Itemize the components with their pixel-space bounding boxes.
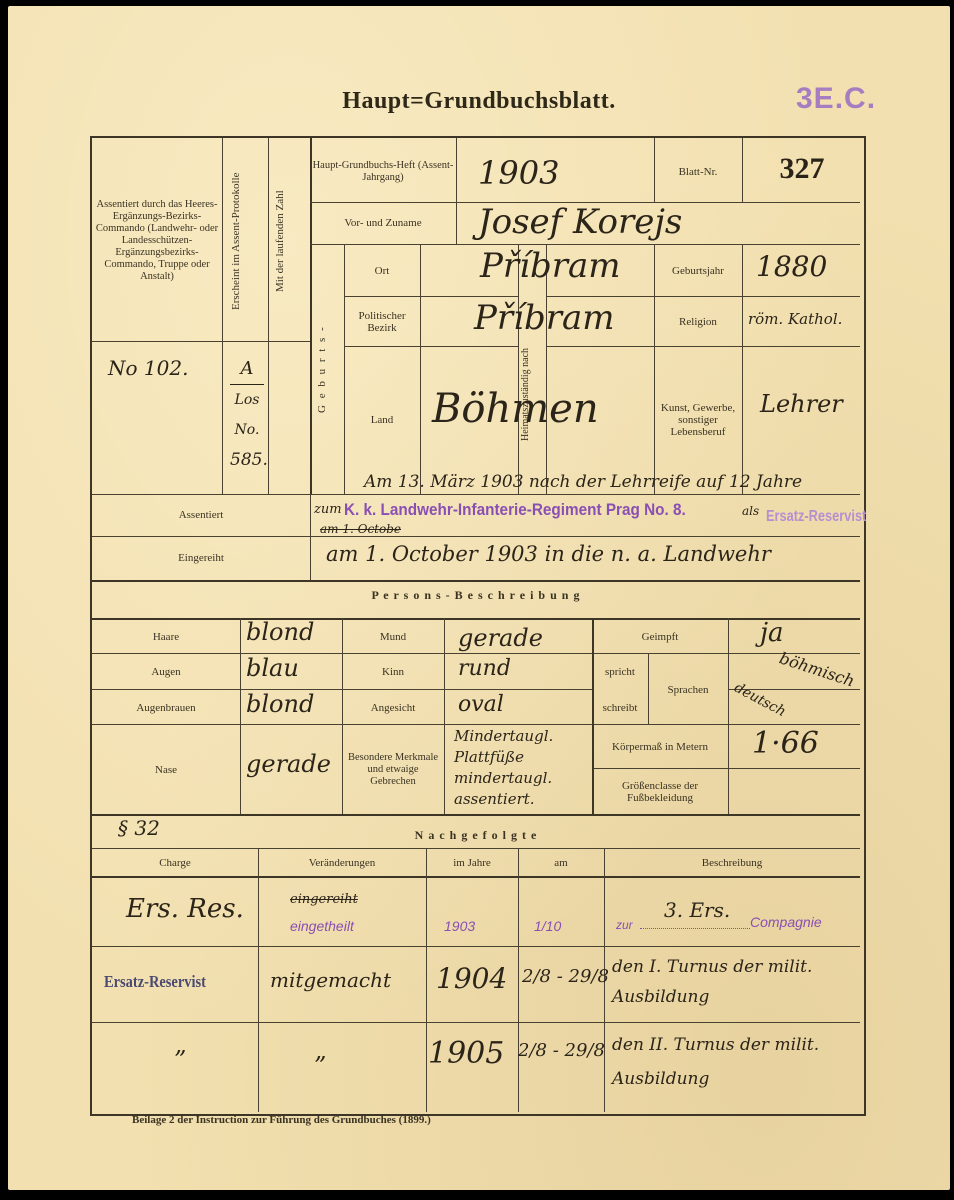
assentiert-label: Assentiert	[94, 496, 308, 534]
row1-veraenderung: eingetheilt	[290, 918, 354, 934]
geburtsjahr-value: 1880	[756, 250, 827, 283]
row1-beschreibung: 3. Ers.	[664, 898, 730, 922]
col-jahr: im Jahre	[428, 850, 516, 876]
row1-prefix: zur	[616, 918, 633, 932]
augen-label: Augen	[94, 655, 238, 689]
row3-charge: ”	[174, 1046, 186, 1074]
protokoll-value: A Los No. 585.	[230, 354, 264, 475]
blatt-number: 327	[744, 152, 860, 186]
row1-am: 1/10	[534, 918, 561, 934]
struck-date: am 1. Octobe	[320, 522, 401, 536]
assentiert-durch-label: Assentiert durch das Heeres-Ergänzungs-B…	[94, 146, 220, 336]
assent-number: No 102.	[108, 356, 188, 380]
schreibt-label: schreibt	[594, 691, 646, 724]
row3-veraenderung: ”	[314, 1052, 326, 1080]
nase-value: gerade	[246, 750, 331, 778]
footer-note: Beilage 2 der Instruction zur Führung de…	[132, 1114, 431, 1126]
religion-label: Religion	[656, 298, 740, 346]
name-label: Vor- und Zuname	[312, 204, 454, 242]
row3-beschreibung: den II. Turnus der milit. Ausbildung	[612, 1028, 852, 1096]
row2-veraenderung: mitgemacht	[270, 968, 391, 992]
name-value: Josef Korejs	[478, 202, 682, 242]
geburts-label: G e b u r t s -	[316, 246, 342, 492]
protokoll-label: Erscheint im Assent-Protokolle	[230, 146, 260, 336]
geimpft-value: ja	[760, 618, 784, 648]
geimpft-label: Geimpft	[594, 620, 726, 653]
blatt-label: Blatt-Nr.	[656, 144, 740, 200]
heft-value: 1903	[478, 154, 559, 192]
row3-am: 2/8 - 29/8	[518, 1040, 605, 1061]
augenbrauen-label: Augenbrauen	[94, 691, 238, 724]
land-label: Land	[346, 348, 418, 492]
assentiert-line1: Am 13. März 1903 nach der Lehrreife auf …	[364, 472, 802, 492]
augenbrauen-value: blond	[246, 690, 314, 718]
geburtsjahr-label: Geburtsjahr	[656, 246, 740, 296]
haare-label: Haare	[94, 620, 238, 653]
row1-veraenderung-struck: eingereiht	[290, 892, 358, 907]
fussbekleidung-label: Größenclasse der Fußbekleidung	[594, 770, 726, 814]
col-am: am	[520, 850, 602, 876]
land-value: Böhmen	[432, 386, 599, 432]
eingereiht-value: am 1. October 1903 in die n. a. Landwehr	[326, 542, 771, 566]
row1-charge: Ers. Res.	[126, 894, 244, 924]
sprachen-label: Sprachen	[650, 655, 726, 724]
als-text: als	[742, 504, 759, 518]
ort-label: Ort	[346, 246, 418, 296]
koerpermass-value: 1·66	[752, 726, 819, 761]
nachgefolgte-title: N a c h g e f o l g t e	[92, 828, 860, 843]
angesicht-value: oval	[458, 692, 504, 717]
document-page: Haupt=Grundbuchsblatt. 3E.C. Assentiert …	[8, 6, 950, 1190]
row2-beschreibung: den I. Turnus der milit. Ausbildung	[612, 952, 852, 1012]
augen-value: blau	[246, 654, 299, 682]
nase-label: Nase	[94, 726, 238, 814]
beruf-value: Lehrer	[760, 390, 843, 418]
zahl-label: Mit der laufenden Zahl	[274, 146, 304, 336]
kinn-label: Kinn	[344, 655, 442, 689]
beruf-label: Kunst, Gewerbe, sonstiger Lebensberuf	[656, 348, 740, 492]
bezirk-value: Příbram	[474, 298, 615, 338]
row1-jahr: 1903	[444, 918, 475, 934]
col-beschreibung: Beschreibung	[606, 850, 858, 876]
row2-am: 2/8 - 29/8	[522, 966, 609, 987]
corner-stamp: 3E.C.	[796, 82, 876, 116]
row2-charge: Ersatz-Reservist	[104, 972, 206, 992]
bezirk-label: Politischer Bezirk	[346, 298, 418, 346]
col-charge: Charge	[94, 850, 256, 876]
merkmale-value: Mindertaugl. Plattfüße mindertaugl. asse…	[454, 726, 553, 810]
row3-jahr: 1905	[428, 1036, 504, 1071]
eingereiht-label: Eingereiht	[94, 538, 308, 578]
ort-value: Příbram	[480, 246, 621, 286]
col-veraenderungen: Veränderungen	[260, 850, 424, 876]
row1-suffix: Compagnie	[750, 914, 822, 930]
kinn-value: rund	[458, 656, 511, 681]
row2-jahr: 1904	[436, 962, 507, 995]
angesicht-label: Angesicht	[344, 691, 442, 724]
assentiert-prefix: zum	[314, 502, 342, 517]
heft-label: Haupt-Grundbuchs-Heft (Assent-Jahrgang)	[312, 144, 454, 200]
haare-value: blond	[246, 618, 314, 646]
regiment-stamp: K. k. Landwehr-Infanterie-Regiment Prag …	[344, 500, 686, 520]
religion-value: röm. Kathol.	[748, 310, 842, 328]
koerpermass-label: Körpermaß in Metern	[594, 726, 726, 768]
rank-stamp: Ersatz-Reservist	[766, 508, 866, 526]
beschreibung-title: P e r s o n s - B e s c h r e i b u n g	[92, 588, 860, 603]
mund-value: gerade	[458, 624, 543, 652]
spricht-label: spricht	[594, 655, 646, 689]
merkmale-label: Besondere Merkmale und etwaige Gebrechen	[344, 726, 442, 814]
mund-label: Mund	[344, 620, 442, 653]
